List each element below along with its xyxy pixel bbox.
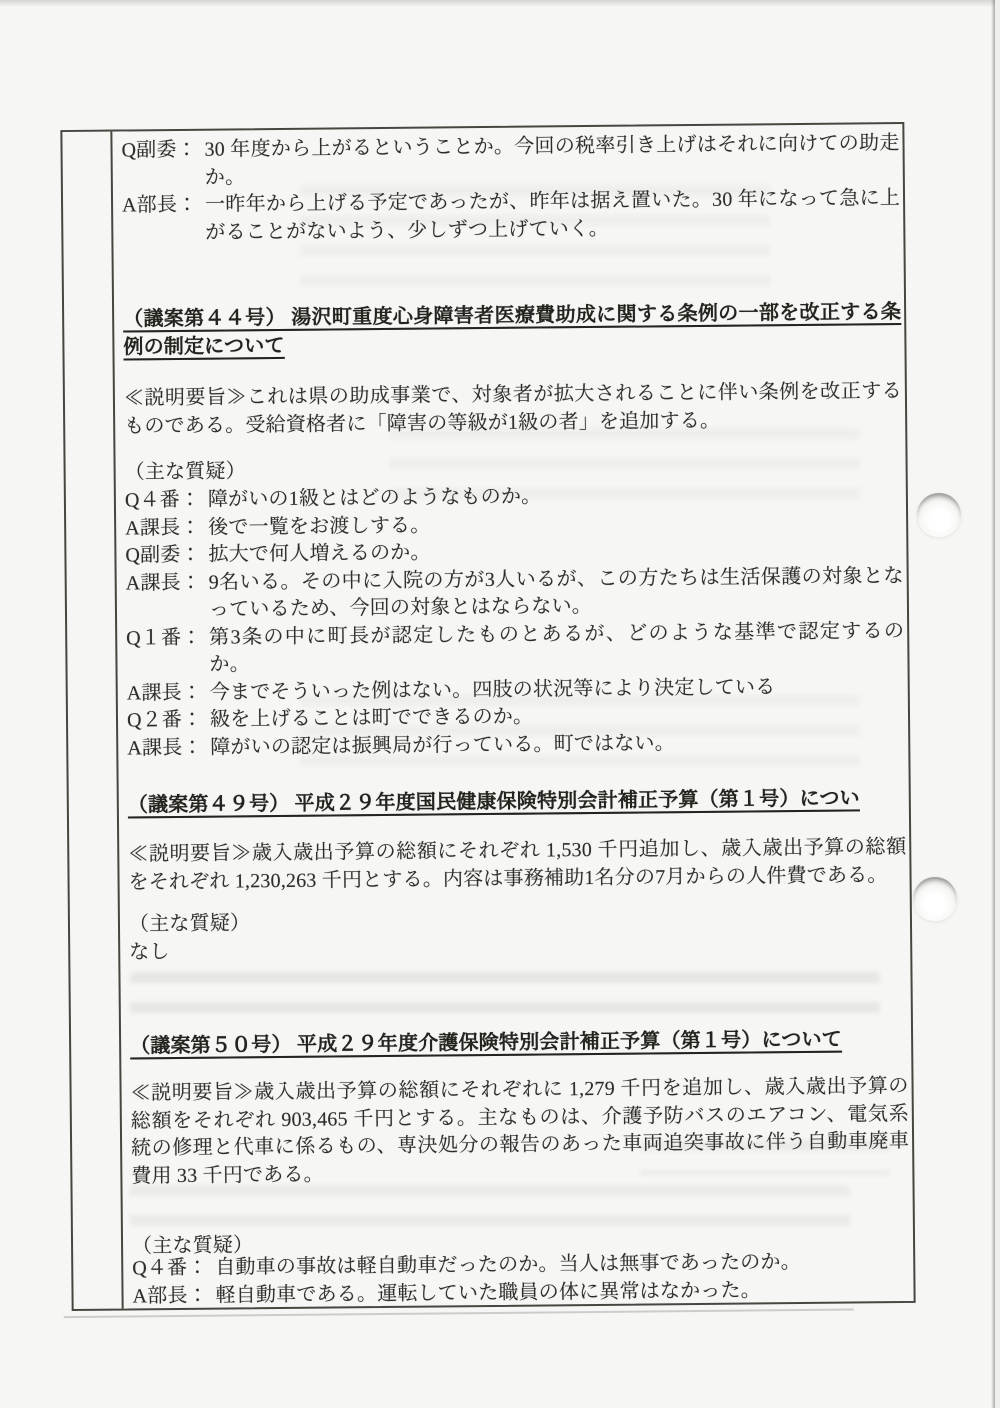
page-edge-line	[991, 0, 995, 1408]
summary-bill50: ≪説明要旨≫歳入歳出予算の総額にそれぞれに 1,279 千円を追加し、歳入歳出予…	[130, 1073, 909, 1190]
speaker-label: A課長：	[127, 679, 210, 707]
speaker-label: A課長：	[126, 569, 210, 625]
section-heading-bill49: （議案第４９号） 平成２９年度国民健康保険特別会計補正予算（第１号）につい	[128, 784, 906, 819]
speaker-text: 30 年度から上がるということか。今回の税率引き上げはそれに向けての助走か。	[204, 130, 899, 192]
minutes-content: Q副委： 30 年度から上がるということか。今回の税率引き上げはそれに向けての助…	[121, 124, 910, 1308]
qa-block-bill50: Q４番： 自動車の事故は軽自動車だったのか。当人は無事であったのか。 A部長： …	[132, 1248, 910, 1310]
hole-punch-bottom	[913, 877, 957, 921]
scanner-top-edge-shadow	[0, 0, 1000, 7]
scanned-minutes-page: Q副委： 30 年度から上がるということか。今回の税率引き上げはそれに向けての助…	[0, 0, 1000, 1408]
speaker-label: Q４番：	[125, 487, 208, 515]
summary-bill44: ≪説明要旨≫これは県の助成事業で、対象者が拡大されることに伴い条例を改正するもの…	[124, 378, 902, 440]
margin-divider-line	[110, 132, 123, 1309]
speaker-label: Q２番：	[127, 707, 210, 735]
speaker-label: Q副委：	[125, 542, 208, 570]
qa-line: Q１番： 第3条の中に町長が認定したものとあるが、どのような基準で認定するのか。	[126, 618, 904, 680]
speaker-label: A課長：	[125, 514, 208, 542]
qa-line: Q副委： 30 年度から上がるということか。今回の税率引き上げはそれに向けての助…	[121, 130, 899, 192]
speaker-label: Q１番：	[126, 624, 210, 680]
qa-block-intro: Q副委： 30 年度から上がるということか。今回の税率引き上げはそれに向けての助…	[121, 130, 900, 247]
qa-line: A課長： 9名いる。その中に入院の方が3人いるが、この方たちは生活保護の対象とな…	[126, 563, 904, 625]
section-heading-bill50: （議案第５０号） 平成２９年度介護保険特別会計補正予算（第１号）について	[130, 1025, 908, 1060]
speaker-text: 障がいの認定は振興局が行っている。町ではない。	[210, 727, 905, 761]
speaker-text: 軽自動車である。運転していた職員の体に異常はなかった。	[215, 1275, 910, 1309]
speaker-label: A部長：	[122, 192, 206, 248]
speaker-label: A課長：	[127, 734, 210, 762]
section-heading-bill44: （議案第４４号） 湯沢町重度心身障害者医療費助成に関する条例の一部を改正する条例…	[123, 298, 902, 361]
speaker-text: 一昨年から上げる予定であったが、昨年は据え置いた。30 年になって急に上がること…	[205, 185, 900, 247]
summary-bill49: ≪説明要旨≫歳入歳出予算の総額にそれぞれ 1,530 千円追加し、歳入歳出予算の…	[128, 834, 906, 896]
speaker-label: Q４番：	[132, 1255, 215, 1283]
page-frame: Q副委： 30 年度から上がるということか。今回の税率引き上げはそれに向けての助…	[60, 122, 915, 1311]
qa-line: A部長： 一昨年から上げる予定であったが、昨年は据え置いた。30 年になって急に…	[122, 185, 900, 247]
speaker-text: 第3条の中に町長が認定したものとあるが、どのような基準で認定するのか。	[209, 618, 904, 680]
hole-punch-top	[917, 493, 961, 537]
qa-block-bill44: Q４番： 障がいの1級とはどのようなものか。 A課長： 後で一覧をお渡しする。 …	[125, 480, 906, 762]
page-outside-strip	[995, 0, 1000, 1408]
speaker-text: 9名いる。その中に入院の方が3人いるが、この方たちは生活保護の対象となっているた…	[209, 563, 904, 625]
speaker-label: A部長：	[132, 1282, 215, 1310]
speaker-label: Q副委：	[121, 137, 205, 193]
